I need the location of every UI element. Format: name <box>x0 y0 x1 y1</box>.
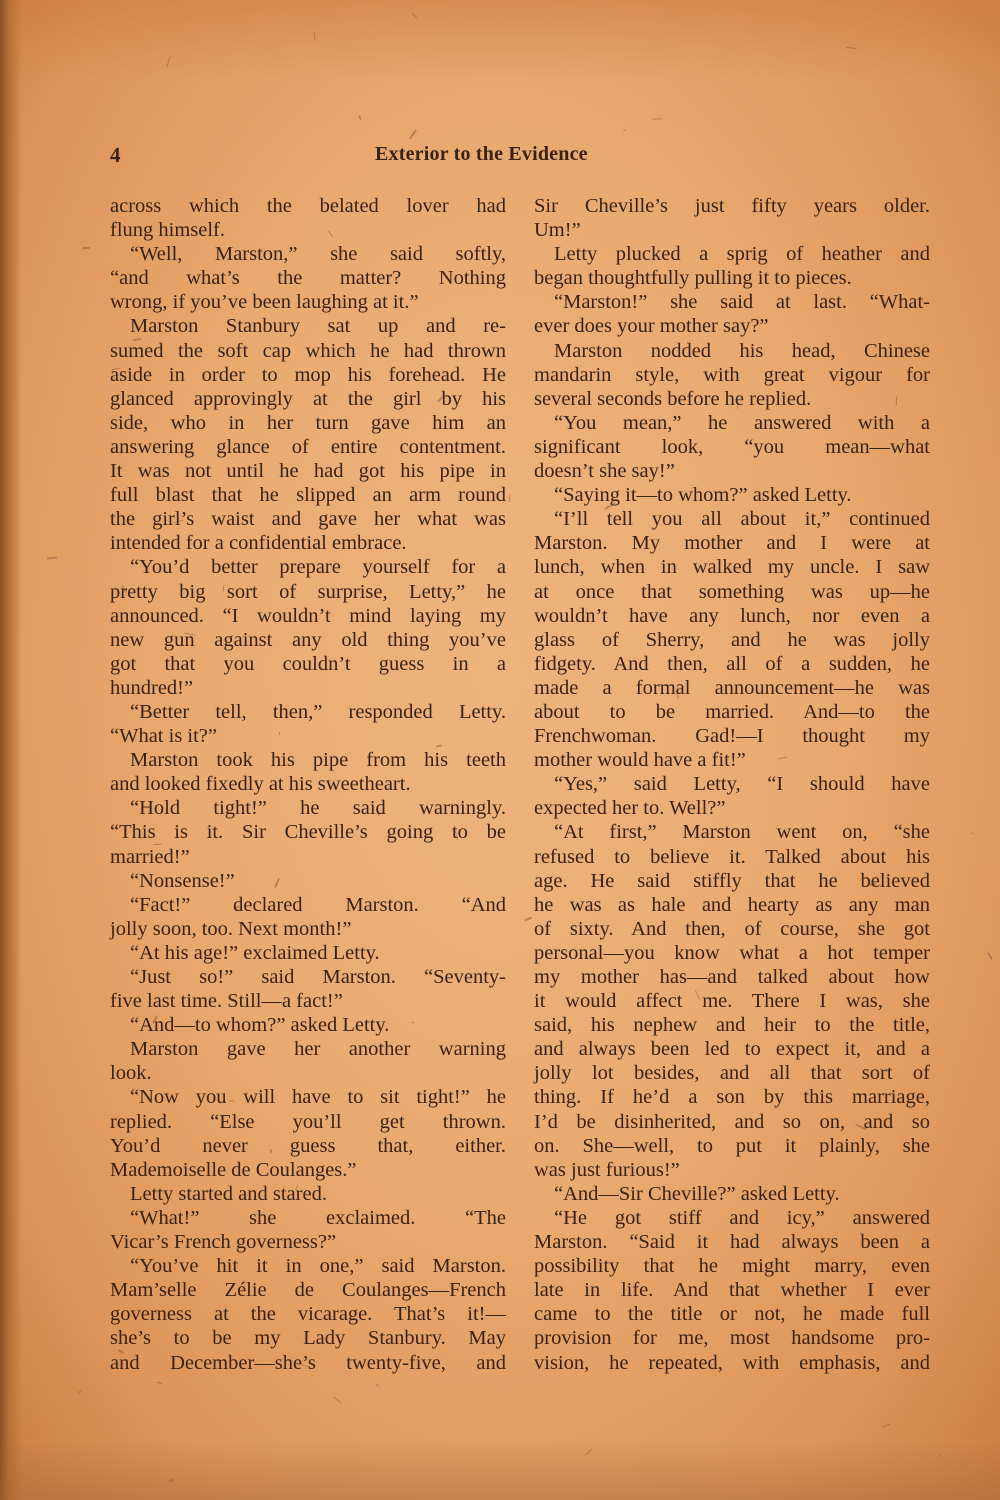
text-line: aside in order to mop his forehead. He <box>110 363 506 387</box>
text-line: Letty plucked a sprig of heather and <box>534 242 930 266</box>
paper-speck <box>882 1423 891 1427</box>
text-column-left: across which the belated lover hadflung … <box>110 194 506 1375</box>
text-line: Marston. “Said it had always been a <box>534 1230 930 1254</box>
text-line: expected her to. Well?” <box>534 796 930 820</box>
paper-speck <box>987 952 993 960</box>
text-line: “And—Sir Cheville?” asked Letty. <box>534 1182 930 1206</box>
text-line: new gun against any old thing you’ve <box>110 628 506 652</box>
text-line: “Marston!” she said at last. “What- <box>534 290 930 314</box>
text-line: Mademoiselle de Coulanges.” <box>110 1158 506 1182</box>
text-line: five last time. Still—a fact!” <box>110 989 506 1013</box>
text-line: and December—she’s twenty-five, and <box>110 1351 506 1375</box>
text-line: You’d never guess that, either. <box>110 1134 506 1158</box>
text-line: provision for me, most handsome pro- <box>534 1326 930 1350</box>
text-line: of sixty. And then, of course, she got <box>534 917 930 941</box>
page-top-shading <box>0 0 1000 80</box>
text-line: wouldn’t have any lunch, nor even a <box>534 604 930 628</box>
text-line: “Now you will have to sit tight!” he <box>110 1085 506 1109</box>
paper-speck <box>47 556 57 559</box>
text-line: thing. If he’d a son by this marriage, <box>534 1085 930 1109</box>
paper-speck <box>652 118 662 119</box>
text-line: Marston nodded his head, Chinese <box>534 339 930 363</box>
text-line: sumed the soft cap which he had thrown <box>110 339 506 363</box>
text-line: jolly lot besides, and all that sort of <box>534 1061 930 1085</box>
text-line: doesn’t she say!” <box>534 459 930 483</box>
text-line: possibility that he might marry, even <box>534 1254 930 1278</box>
text-line: came to the title or not, he made full <box>534 1302 930 1326</box>
running-head: 4 Exterior to the Evidence <box>110 143 930 169</box>
text-line: full blast that he slipped an arm round <box>110 483 506 507</box>
text-line: replied. “Else you’ll get thrown. <box>110 1110 506 1134</box>
paper-speck <box>623 130 626 132</box>
text-column-right: Sir Cheville’s just fifty years older.Um… <box>534 194 930 1375</box>
text-line: It was not until he had got his pipe in <box>110 459 506 483</box>
paper-speck <box>358 115 362 120</box>
text-line: began thoughtfully pulling it to pieces. <box>534 266 930 290</box>
text-line: Sir Cheville’s just fifty years older. <box>534 194 930 218</box>
text-line: pretty big sort of surprise, Letty,” he <box>110 580 506 604</box>
text-line: “You’ve hit it in one,” said Marston. <box>110 1254 506 1278</box>
text-line: hundred!” <box>110 676 506 700</box>
text-line: jolly soon, too. Next month!” <box>110 917 506 941</box>
text-line: “Well, Marston,” she said softly, <box>110 242 506 266</box>
text-line: got that you couldn’t guess in a <box>110 652 506 676</box>
text-line: vision, he repeated, with emphasis, and <box>534 1351 930 1375</box>
text-line: across which the belated lover had <box>110 194 506 218</box>
page-number: 4 <box>110 143 121 168</box>
text-line: “You mean,” he answered with a <box>534 411 930 435</box>
text-line: glass of Sherry, and he was jolly <box>534 628 930 652</box>
paper-speck <box>77 1389 82 1394</box>
text-line: “You’d better prepare yourself for a <box>110 555 506 579</box>
text-line: “Just so!” said Marston. “Seventy- <box>110 965 506 989</box>
text-line: Um!” <box>534 218 930 242</box>
text-line: “Fact!” declared Marston. “And <box>110 893 506 917</box>
text-line: “And—to whom?” asked Letty. <box>110 1013 506 1037</box>
running-title: Exterior to the Evidence <box>375 143 588 166</box>
paper-speck <box>376 1383 380 1387</box>
text-line: answering glance of entire contentment. <box>110 435 506 459</box>
paper-speck <box>82 247 90 249</box>
text-line: my mother has—and talked about how <box>534 965 930 989</box>
text-line: Marston Stanbury sat up and re- <box>110 314 506 338</box>
text-line: “I’ll tell you all about it,” continued <box>534 507 930 531</box>
page-left-edge <box>0 0 22 1500</box>
text-line: “What is it?” <box>110 724 506 748</box>
paper-speck <box>971 832 974 834</box>
text-line: “At first,” Marston went on, “she <box>534 820 930 844</box>
paper-speck <box>333 1396 341 1403</box>
text-line: said, his nephew and heir to the title, <box>534 1013 930 1037</box>
text-line: Mam’selle Zélie de Coulanges—French <box>110 1278 506 1302</box>
text-line: she’s to be my Lady Stanbury. May <box>110 1326 506 1350</box>
text-line: refused to believe it. Talked about his <box>534 845 930 869</box>
text-line: he was as hale and hearty as any man <box>534 893 930 917</box>
page-bottom-shading <box>0 1440 1000 1500</box>
text-line: I’d be disinherited, and so on, and so <box>534 1110 930 1134</box>
text-line: at once that something was up—he <box>534 580 930 604</box>
text-line: look. <box>110 1061 506 1085</box>
text-line: announced. “I wouldn’t mind laying my <box>110 604 506 628</box>
text-line: “Nonsense!” <box>110 869 506 893</box>
text-line: ever does your mother say?” <box>534 314 930 338</box>
text-line: the girl’s waist and gave her what was <box>110 507 506 531</box>
text-line: mother would have a fit!” <box>534 748 930 772</box>
text-line: several seconds before he replied. <box>534 387 930 411</box>
text-line: “Better tell, then,” responded Letty. <box>110 700 506 724</box>
text-line: late in life. And that whether I ever <box>534 1278 930 1302</box>
text-line: Letty started and stared. <box>110 1182 506 1206</box>
text-line: governess at the vicarage. That’s it!— <box>110 1302 506 1326</box>
text-line: intended for a confidential embrace. <box>110 531 506 555</box>
text-line: personal—you know what a hot temper <box>534 941 930 965</box>
text-line: side, who in her turn gave him an <box>110 411 506 435</box>
text-line: Marston. My mother and I were at <box>534 531 930 555</box>
text-line: “This is it. Sir Cheville’s going to be <box>110 820 506 844</box>
text-line: “Yes,” said Letty, “I should have <box>534 772 930 796</box>
text-line: flung himself. <box>110 218 506 242</box>
paper-speck <box>409 130 417 140</box>
text-line: was just furious!” <box>534 1158 930 1182</box>
text-line: about to be married. And—to the <box>534 700 930 724</box>
text-line: it would affect me. There I was, she <box>534 989 930 1013</box>
text-line: lunch, when in walked my uncle. I saw <box>534 555 930 579</box>
text-line: Vicar’s French governess?” <box>110 1230 506 1254</box>
text-line: “Hold tight!” he said warningly. <box>110 796 506 820</box>
text-line: glanced approvingly at the girl by his <box>110 387 506 411</box>
text-line: married!” <box>110 845 506 869</box>
text-line: significant look, “you mean—what <box>534 435 930 459</box>
text-line: Marston took his pipe from his teeth <box>110 748 506 772</box>
text-line: Marston gave her another warning <box>110 1037 506 1061</box>
text-line: and looked fixedly at his sweetheart. <box>110 772 506 796</box>
text-line: “Saying it—to whom?” asked Letty. <box>534 483 930 507</box>
text-line: “and what’s the matter? Nothing <box>110 266 506 290</box>
text-line: age. He said stiffly that he believed <box>534 869 930 893</box>
text-line: made a formal announcement—he was <box>534 676 930 700</box>
text-line: Frenchwoman. Gad!—I thought my <box>534 724 930 748</box>
text-line: “What!” she exclaimed. “The <box>110 1206 506 1230</box>
paper-speck <box>157 1381 163 1384</box>
paper-speck <box>509 495 510 502</box>
paper-speck <box>524 917 532 922</box>
text-line: “He got stiff and icy,” answered <box>534 1206 930 1230</box>
text-line: fidgety. And then, all of a sudden, he <box>534 652 930 676</box>
text-line: “At his age!” exclaimed Letty. <box>110 941 506 965</box>
text-line: mandarin style, with great vigour for <box>534 363 930 387</box>
text-line: wrong, if you’ve been laughing at it.” <box>110 290 506 314</box>
text-line: on. She—well, to put it plainly, she <box>534 1134 930 1158</box>
text-line: and always been led to expect it, and a <box>534 1037 930 1061</box>
